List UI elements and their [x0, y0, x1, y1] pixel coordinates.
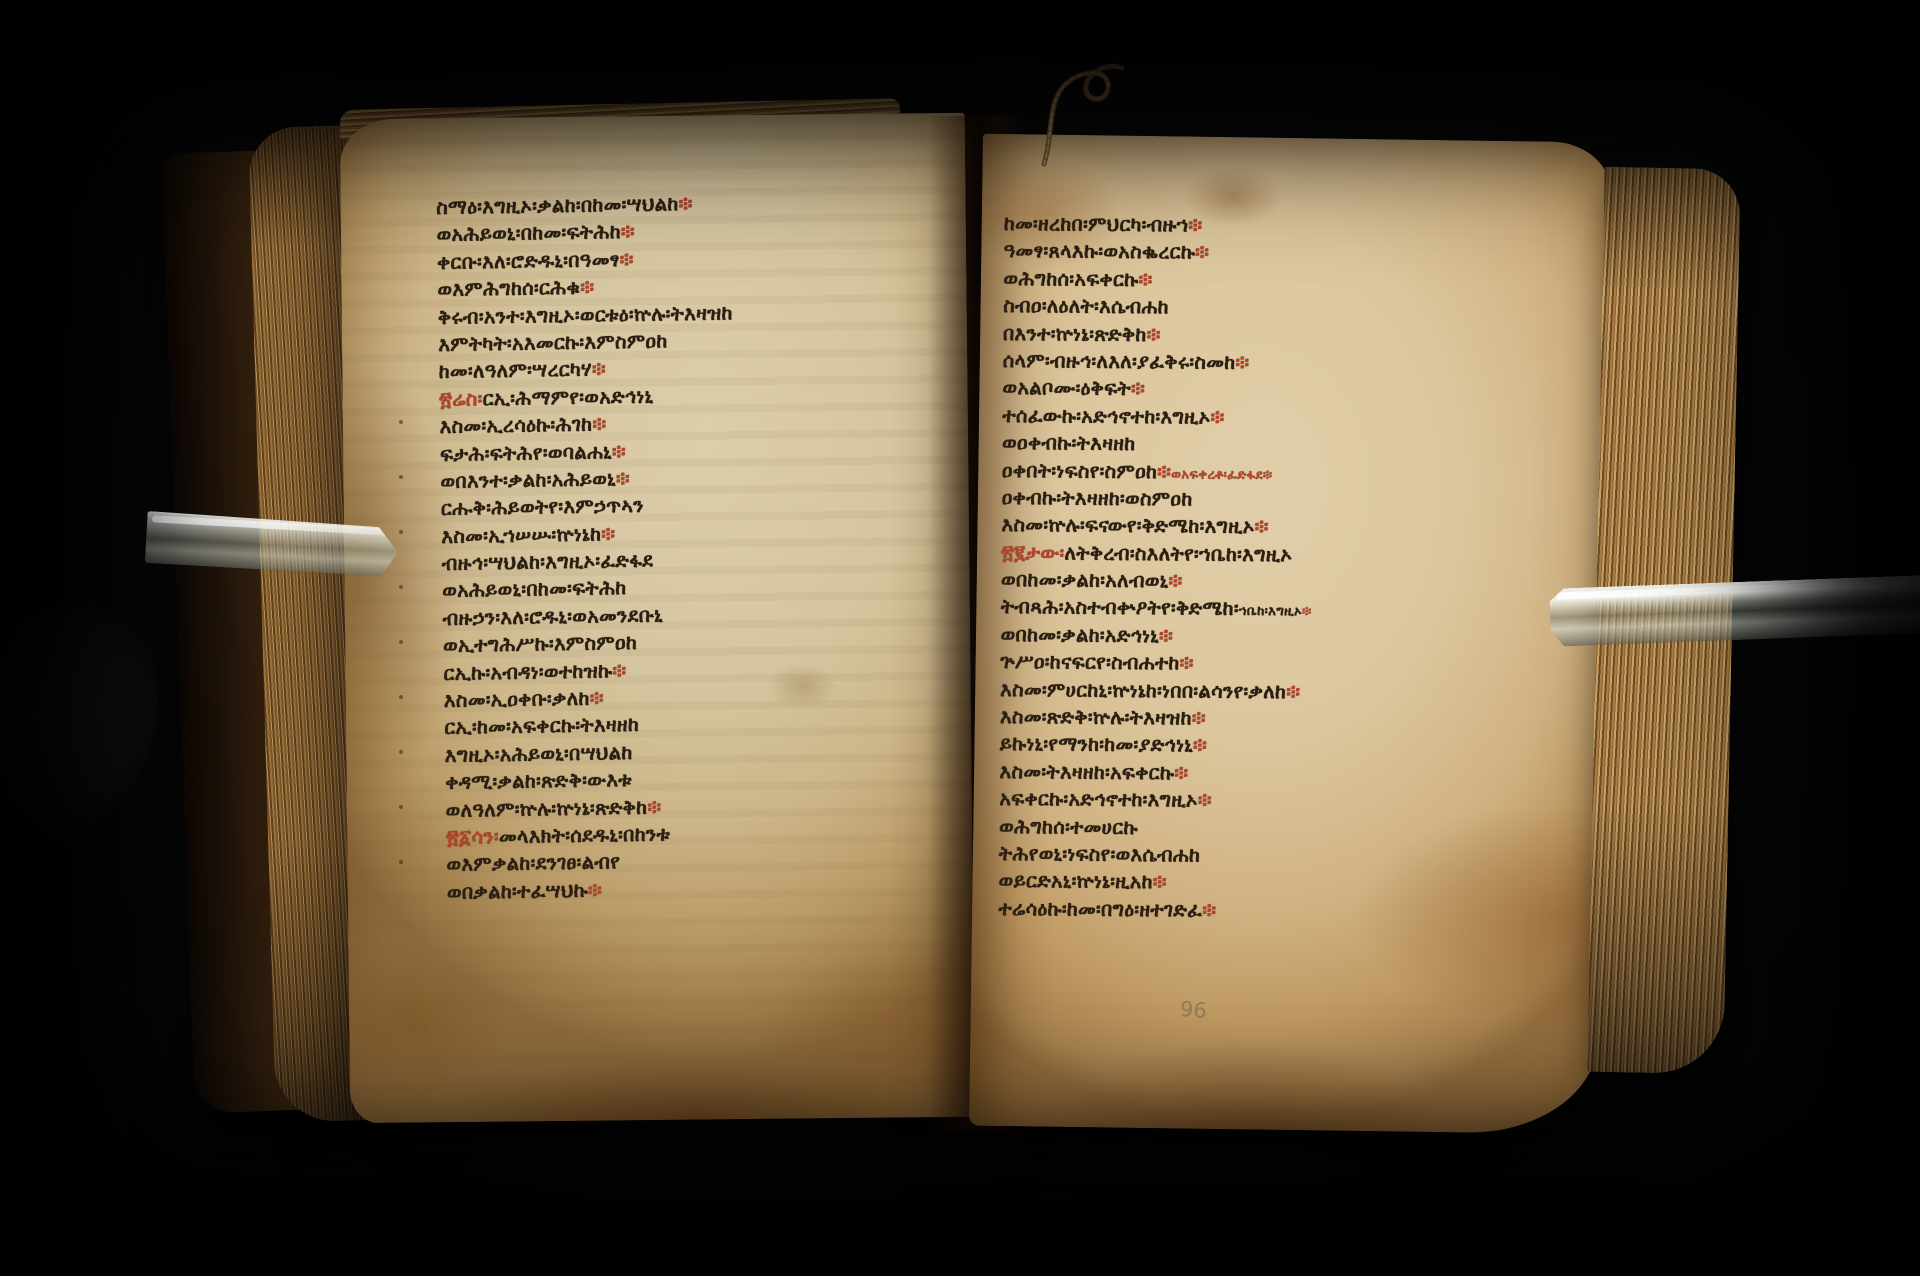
manuscript-line: ስማዕ፡እግዚኦ፡ቃልከ፡በከመ፡ሣህልከ፨ [436, 189, 731, 221]
ink-text: እስመ፡ኵሉ፡ፍናውየ፡ቅድሜከ፡እግዚኦ [1001, 513, 1254, 538]
rubric-text: ፨ [1159, 624, 1173, 647]
manuscript-line: ይኩነኒ፡የማንከ፡ከመ፡ያድኅነኒ፨ [1000, 730, 1311, 760]
ink-text: ከመ፡ዘረከበ፡ምህርካ፡ብዙኀ [1004, 212, 1189, 236]
ink-text: ወአሕይወኒ፡በከመ፡ፍትሕከ [442, 577, 627, 603]
manuscript-line: ትሕየወኒ፡ነፍስየ፡ወእሴብሐከ [999, 840, 1310, 870]
ink-text: ወበከመ፡ቃልከ፡አለብወኒ [1001, 568, 1169, 592]
ink-text: ወይርድአኒ፡ኵነኔ፡ዚአከ [999, 869, 1153, 893]
ink-text: ወበከመ፡ቃልከ፡አድኅነኒ [1001, 623, 1160, 647]
rubric-text: ፨ [1193, 734, 1207, 757]
manuscript-line: ትብጻሕ፡አስተብቍዖትየ፡ቅድሜከ፡ኀቤከ፡እግዚኦ፨ [1001, 593, 1312, 623]
rubric-text: ፳፩ሳን፡ [446, 825, 499, 849]
ink-text: ስማዕ፡እግዚኦ፡ቃልከ፡በከመ፡ሣህልከ [436, 192, 679, 219]
ink-text: እምትካት፡አእመርኩ፡እምስምዐከ [438, 329, 668, 356]
rubric-text: ፨ [580, 276, 594, 299]
manuscript-line: ወይርድአኒ፡ኵነኔ፡ዚአከ፨ [999, 867, 1310, 897]
rubric-text: ፨ [1174, 761, 1188, 784]
manuscript-line: እስመ፡ኵሉ፡ፍናውየ፡ቅድሜከ፡እግዚኦ፨ [1001, 511, 1312, 541]
rubric-text: ፨ [1188, 213, 1202, 236]
ink-text: ተሰፈውኩ፡አድኅኖተከ፡እግዚኦ [1002, 404, 1210, 429]
gloved-hand-shadow [0, 578, 187, 862]
rubric-text: ፨ [1157, 460, 1171, 483]
rubric-text: ፨ [1255, 515, 1269, 538]
rubric-text: ፨ [592, 358, 606, 381]
manuscript-line: ተሬሳዕኩ፡ከመ፡በግዕ፡ዘተገድፈ፨ [998, 895, 1309, 925]
manuscript-line: ወበከመ፡ቃልከ፡አድኅነኒ፨ [1001, 621, 1312, 651]
ink-text: አፍቀርኩ፡አድኅኖተከ፡እግዚኦ [999, 787, 1198, 812]
ink-text: ዐቀበት፡ነፍስየ፡ስምዐከ [1002, 459, 1157, 483]
ink-text: ብዙኅ፡ሣህልከ፡እግዚኦ፡ፈድፋደ [442, 549, 654, 575]
ink-text: ዐቀብኩ፡ትእዛዘከ፡ወስምዐከ [1002, 486, 1193, 510]
rubric-text: ፨ [1210, 405, 1224, 428]
ink-text: ወሕግከሰ፡አፍቀርኩ [1003, 267, 1138, 291]
rubric-text: ፨ [612, 440, 626, 463]
manuscript-line: ወበቃልከ፡ተፈሣህኩ፨ [447, 874, 742, 906]
ink-text: ቀዳሚ፡ቃልከ፡ጽድቅ፡ውእቱ [445, 768, 632, 794]
ink-text: ስብዐ፡ለዕለት፡እሴብሐከ [1003, 294, 1169, 318]
rubric-text: ፨ [590, 686, 604, 709]
photo-backdrop: ስማዕ፡እግዚኦ፡ቃልከ፡በከመ፡ሣህልከ፨ወአሕይወኒ፡በከመ፡ፍትሕከ፨ቀር… [0, 0, 1920, 1276]
rubric-text: ፨ [647, 795, 661, 818]
ink-text: ዓመፃ፡ጸላእኩ፡ወአስቈረርኩ [1004, 239, 1196, 264]
ink-text: ወበቃልከ፡ተፈሣህኩ [447, 878, 588, 903]
ink-text: ርኢኩ፡አብዳነ፡ወተከዝኩ [443, 659, 612, 685]
manuscript-line: በእንተ፡ኵነኔ፡ጽድቅከ፨ [1003, 320, 1314, 350]
manuscript-line: ዐቀብኩ፡ትእዛዘከ፡ወስምዐከ [1002, 484, 1313, 514]
manuscript-line: ወበከመ፡ቃልከ፡አለብወኒ፨ [1001, 566, 1312, 596]
manuscript-line: ዓመፃ፡ጸላእኩ፡ወአስቈረርኩ፨ [1004, 237, 1315, 267]
ink-text: ወለዓለም፡ኵሉ፡ኵነኔ፡ጽድቅከ [445, 795, 647, 821]
ink-text: ወበእንተ፡ቃልከ፡አሕይወኒ [440, 467, 616, 493]
manuscript-line: እስመ፡ምሀርከኒ፡ኵነኔከ፡ነበበ፡ልሳንየ፡ቃለከ፨ [1000, 676, 1311, 706]
rubric-text: ፨ [1286, 680, 1300, 703]
ink-text: ተሬሳዕኩ፡ከመ፡በግዕ፡ዘተገድፈ [998, 897, 1202, 922]
ink-text: ርሑቅ፡ሕይወትየ፡እምኃጥኣን [441, 494, 644, 520]
endband-cord [1026, 52, 1156, 167]
rubric-text: ፨ [1192, 707, 1206, 730]
ink-text: ፍታሕ፡ፍትሕየ፡ወባልሐኒ [440, 440, 612, 466]
manuscript-line: ከመ፡ዘረከበ፡ምህርካ፡ብዙኀ፨ [1004, 210, 1315, 240]
manuscript-line: አፍቀርኩ፡አድኅኖተከ፡እግዚኦ፨ [999, 785, 1310, 815]
ink-text: እስመ፡ኢኀሠሡ፡ኵነኔከ [441, 522, 601, 548]
rubric-text: ፨ [678, 192, 692, 215]
ink-text: ጕሥዐ፡ከናፍርየ፡ስብሐተከ [1000, 650, 1179, 674]
ink-text: ወአሕይወኒ፡በከመ፡ፍትሕከ [436, 220, 621, 246]
ink-text: መላእክት፡ሰደዱኒ፡በከንቱ [499, 822, 670, 848]
ink-text: ኀቤከ፡እግዚኦ [1239, 604, 1302, 619]
ink-text: ይኩነኒ፡የማንከ፡ከመ፡ያድኅነኒ [1000, 732, 1193, 757]
manuscript-line: ጕሥዐ፡ከናፍርየ፡ስብሐተከ፨ [1000, 648, 1311, 678]
manuscript-line: ፳፪ታው፡ለትቅረብ፡ስእለትየ፡ኀቤከ፡እግዚኦ [1001, 539, 1312, 569]
manuscript-line: ወአልቦሙ፡ዕቅፍት፨ [1002, 374, 1313, 404]
rubric-text: ፨ [619, 248, 633, 271]
ink-text: እስመ፡ምሀርከኒ፡ኵነኔከ፡ነበበ፡ልሳንየ፡ቃለከ [1000, 678, 1286, 703]
left-page-text: ስማዕ፡እግዚኦ፡ቃልከ፡በከመ፡ሣህልከ፨ወአሕይወኒ፡በከመ፡ፍትሕከ፨ቀር… [436, 189, 742, 906]
ink-text: ትሕየወኒ፡ነፍስየ፡ወእሴብሐከ [999, 842, 1200, 867]
manuscript-line: እስመ፡ትእዛዘከ፡አፍቀርኩ፨ [999, 758, 1310, 788]
rubric-text: ፨ [1235, 351, 1249, 374]
manuscript-line: ዐቀበት፡ነፍስየ፡ስምዐከ፨ወአፍቀረቶ፡ፈድፋደ፨ [1002, 457, 1313, 487]
rubric-text: ፨ [601, 522, 615, 545]
ink-text: እግዚኦ፡አሕይወኒ፡በሣህልከ [445, 741, 633, 767]
ink-text: ቅሩብ፡አንተ፡እግዚኦ፡ወርቱዕ፡ኵሉ፡ትእዛዝከ [438, 301, 733, 329]
ink-text: ርኢ፡ከመ፡አፍቀርኩ፡ትእዛዘከ [444, 713, 639, 739]
ink-text: ወኢተግሕሥኩ፡እምስምዐከ [443, 631, 637, 657]
manuscript-line: ስብዐ፡ለዕለት፡እሴብሐከ [1003, 292, 1314, 322]
rubric-text: ፨ [1195, 241, 1209, 264]
manuscript-line: ሰላም፡ብዙኅ፡ለእለ፡ያፈቅሩ፡ስመከ፨ [1003, 347, 1314, 377]
manuscript-line: ተሰፈውኩ፡አድኅኖተከ፡እግዚኦ፨ [1002, 402, 1313, 432]
rubric-text: ፨ [1180, 652, 1194, 675]
rubric-text: ፳ሬስ፡ [439, 387, 483, 411]
ink-text: ወዐቀብኩ፡ትእዛዘከ [1002, 431, 1135, 455]
rubric-text: ፨ [1147, 323, 1161, 346]
manuscript-line: ወዐቀብኩ፡ትእዛዘከ [1002, 429, 1313, 459]
ink-text: ትብጻሕ፡አስተብቍዖትየ፡ቅድሜከ፡ [1001, 595, 1239, 620]
ink-text: እስመ፡ኢረሳዕኩ፡ሕገከ [439, 413, 592, 438]
right-page-text: ከመ፡ዘረከበ፡ምህርካ፡ብዙኀ፨ዓመፃ፡ጸላእኩ፡ወአስቈረርኩ፨ወሕግከሰ፡… [998, 210, 1314, 925]
rubric-text: ፨ [1302, 605, 1312, 620]
rubric-text: ፳፪ታው፡ [1001, 541, 1064, 564]
manuscript-line: ወሕግከሰ፡ተመሀርኩ [999, 813, 1310, 843]
ink-text: ቀርቡ፡እለ፡ሮድዱኒ፡በዓመፃ [437, 248, 620, 274]
ink-text: እስመ፡ኢዐቀቡ፡ቃለከ [444, 687, 590, 712]
rubric-text: ፨ [616, 467, 630, 490]
manuscript-line: እስመ፡ጽድቅ፡ኵሉ፡ትእዛዝከ፨ [1000, 703, 1311, 733]
ink-text: ርኢ፡ሕማምየ፡ወአድኅነኒ [482, 384, 653, 410]
rubric-text: ፨ [1198, 789, 1212, 812]
rubric-text: ፨ [1131, 377, 1145, 400]
pencil-page-number: 96 [1179, 997, 1207, 1023]
ink-text: ወአልቦሙ፡ዕቅፍት [1003, 376, 1132, 400]
ink-text: በእንተ፡ኵነኔ፡ጽድቅከ [1003, 322, 1147, 346]
ink-text: ብዙኃን፡እለ፡ሮዱኒ፡ወአመንደቡኒ [442, 603, 663, 629]
rubric-text: ፨ [592, 412, 606, 435]
ink-text: እስመ፡ጽድቅ፡ኵሉ፡ትእዛዝከ [1000, 705, 1192, 730]
ink-text: ወእምሕግከሰ፡ርሕቁ [437, 276, 580, 301]
ink-text: ወሕግከሰ፡ተመሀርኩ [999, 815, 1138, 839]
rubric-text: ፨ [621, 220, 635, 243]
ink-text: ሰላም፡ብዙኅ፡ለእለ፡ያፈቅሩ፡ስመከ [1003, 349, 1236, 374]
rubric-text: ፨ [1168, 569, 1182, 592]
ink-text: ወእምቃልከ፡ደንገፀ፡ልብየ [446, 851, 620, 877]
ink-text: እስመ፡ትእዛዘከ፡አፍቀርኩ [1000, 760, 1175, 784]
rubric-text: ፨ [588, 878, 602, 901]
rubric-text: ወአፍቀረቶ፡ፈድፋደ፨ [1171, 467, 1272, 483]
rubric-text: ፨ [612, 659, 626, 682]
rubric-text: ፨ [1202, 898, 1216, 921]
rubric-text: ፨ [1153, 871, 1167, 894]
manuscript-line: ቅሩብ፡አንተ፡እግዚኦ፡ወርቱዕ፡ኵሉ፡ትእዛዝከ [438, 299, 733, 331]
ink-text: ለትቅረብ፡ስእለትየ፡ኀቤከ፡እግዚኦ [1064, 541, 1292, 566]
pricking-holes [399, 420, 405, 900]
ink-text: ከመ፡ለዓለም፡ሣረርካሃ [439, 358, 592, 383]
manuscript-line: ወሕግከሰ፡አፍቀርኩ፨ [1003, 265, 1314, 295]
rubric-text: ፨ [1138, 268, 1152, 291]
